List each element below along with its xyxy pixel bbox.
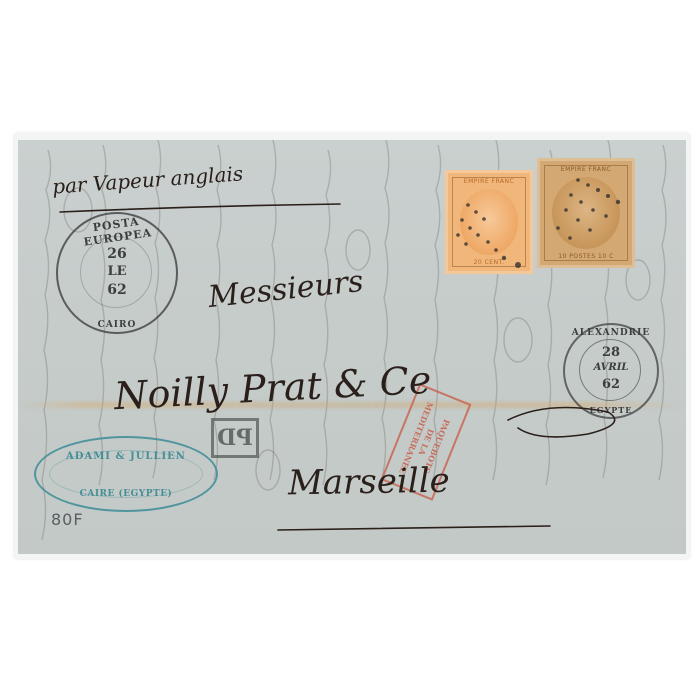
- postal-cover: POSTA EUROPEA 26 LE 62 CAIRO EMPIRE FRAN…: [18, 140, 686, 554]
- underlines: [18, 140, 686, 554]
- pencil-price-note: 80F: [51, 510, 84, 529]
